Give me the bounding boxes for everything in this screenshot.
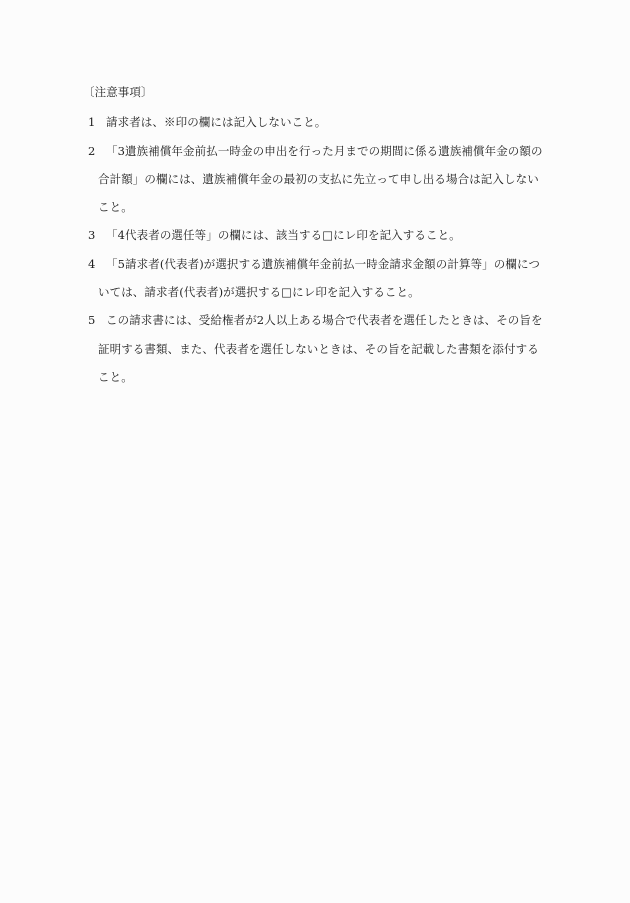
note-text-line: この請求書には、受給権者が2人以上ある場合で代表者を選任したときは、その旨を bbox=[98, 306, 578, 334]
note-item-2: 2 「3遺族補償年金前払一時金の申出を行った月までの期間に係る遺族補償年金の額の… bbox=[98, 137, 578, 222]
note-number: 2 bbox=[88, 137, 95, 165]
note-text-line: 「5請求者(代表者)が選択する遺族補償年金前払一時金請求金額の計算等」の欄につ bbox=[98, 250, 578, 278]
note-number: 3 bbox=[88, 221, 95, 249]
note-text-line: 合計額」の欄には、遺族補償年金の最初の支払に先立って申し出る場合は記入しない bbox=[98, 165, 578, 193]
note-item-4: 4 「5請求者(代表者)が選択する遺族補償年金前払一時金請求金額の計算等」の欄に… bbox=[98, 250, 578, 307]
note-item-3: 3 「4代表者の選任等」の欄には、該当する□にレ印を記入すること。 bbox=[98, 221, 578, 249]
note-item-5: 5 この請求書には、受給権者が2人以上ある場合で代表者を選任したときは、その旨を… bbox=[98, 306, 578, 391]
note-number: 1 bbox=[88, 108, 95, 136]
notes-section-header: 〔注意事項〕 bbox=[83, 78, 578, 106]
note-text-line: 証明する書類、また、代表者を選任しないときは、その旨を記載した書類を添付する bbox=[98, 335, 578, 363]
note-text-line: 「4代表者の選任等」の欄には、該当する□にレ印を記入すること。 bbox=[98, 221, 578, 249]
document-page: 〔注意事項〕 1 請求者は、※印の欄には記入しないこと。 2 「3遺族補償年金前… bbox=[98, 78, 578, 391]
note-item-1: 1 請求者は、※印の欄には記入しないこと。 bbox=[98, 108, 578, 136]
note-text-line: こと。 bbox=[98, 363, 578, 391]
note-text-line: いては、請求者(代表者)が選択する□にレ印を記入すること。 bbox=[98, 278, 578, 306]
note-number: 4 bbox=[88, 250, 95, 278]
note-text-line: 請求者は、※印の欄には記入しないこと。 bbox=[98, 108, 578, 136]
note-text-line: 「3遺族補償年金前払一時金の申出を行った月までの期間に係る遺族補償年金の額の bbox=[98, 137, 578, 165]
note-text-line: こと。 bbox=[98, 193, 578, 221]
note-number: 5 bbox=[88, 306, 95, 334]
